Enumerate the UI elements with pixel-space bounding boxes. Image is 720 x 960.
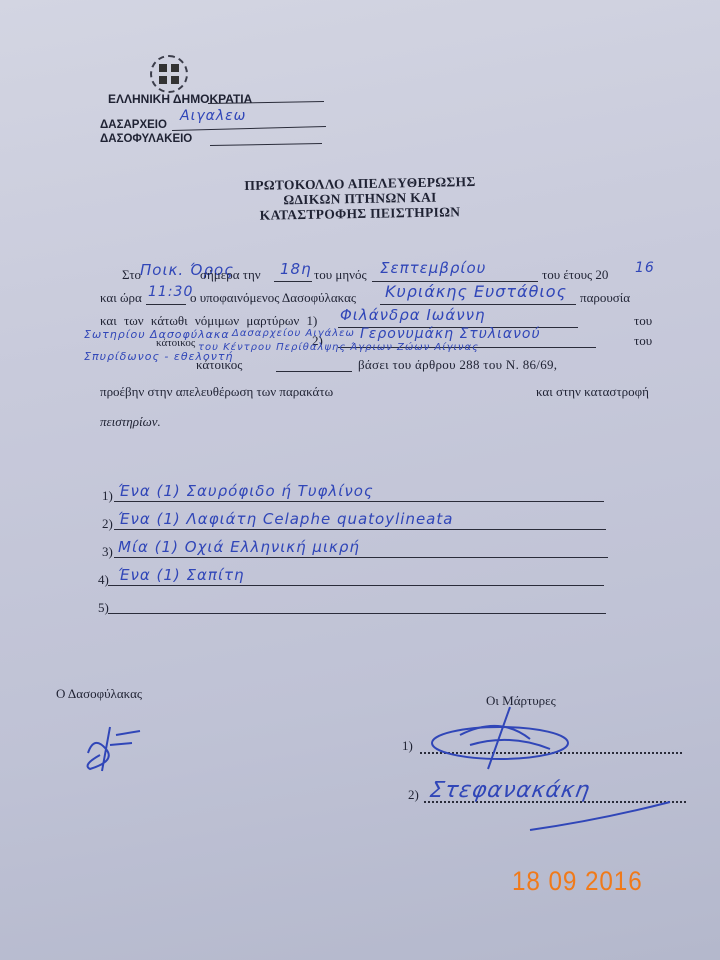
day-value[interactable]: 18η [280,260,312,278]
forest-post-label: ΔΑΣΟΦΥΛΑΚΕΙΟ [100,133,192,145]
seized-item-line[interactable] [108,613,606,614]
resident-text-1: κάτοικος [156,337,195,349]
forest-post-line[interactable] [210,143,322,146]
seized-item-number: 2) [102,516,113,532]
witness2-residence-line [276,371,352,372]
ranger-signature-label: Ο Δασοφύλακας [56,686,142,702]
witness1-name[interactable]: Φιλάνδρα Ιωάννη [340,306,486,324]
forest-office-line [172,126,326,131]
ranger-line [380,304,576,305]
year-text: του έτους 20 [542,267,608,283]
time-value[interactable]: 11:30 [148,284,193,300]
time-line [146,304,186,305]
day-line [274,281,312,282]
republic-heading: ΕΛΛΗΝΙΚΗ ΔΗΜΟΚΡΑΤΙΑ [108,92,252,106]
forest-office-value[interactable]: Αιγαλεω [180,108,246,124]
camera-date-stamp: 18 09 2016 [512,866,643,897]
seized-item-line[interactable] [108,585,604,586]
presence-text: παρουσία [580,290,630,306]
witnesses-text: και των κάτωθι νόμιμων μαρτύρων 1) [100,313,317,329]
witness2-name[interactable]: Γερονυμάκη Στυλιανού [360,326,541,342]
place-prefix: Στο [122,267,141,283]
month-value[interactable]: Σεπτεμβρίου [380,259,486,277]
seized-item-line[interactable] [114,557,608,558]
witness1-residence[interactable]: Δασαρχείου Αιγάλεω [232,328,355,339]
seized-item-line[interactable] [114,529,606,530]
resident-text-2: κάτοικος [196,357,242,373]
seized-item-line[interactable] [114,501,604,502]
greek-coat-of-arms-icon [150,55,188,93]
tou-text-1: του [634,313,652,329]
ranger-text: ο υποφαινόμενος Δασοφύλακας [190,290,356,306]
traps-text: πειστηρίων. [100,414,161,430]
forest-office-label: ΔΑΣΑΡΧΕΙΟ [100,119,167,131]
today-text: σήμερα την [200,267,261,283]
seized-item-value[interactable]: Ένα (1) Σαυρόφιδο ή Τυφλίνος [118,482,374,500]
witness2-signature-num: 2) [408,787,419,803]
time-prefix: και ώρα [100,290,142,306]
destruction-text: και στην καταστροφή [536,384,649,400]
seized-item-number: 1) [102,488,113,504]
tou-text-2: του [634,333,652,349]
witness2-signature-flourish [520,800,680,840]
witness2-residence[interactable]: του Κέντρου Περίθαλψης Άγριων Ζώων Αίγιν… [198,342,479,353]
ranger-signature [80,725,150,775]
article-text: βάσει του άρθρου 288 του Ν. 86/69, [358,357,557,373]
month-text: του μηνός [314,267,367,283]
seized-item-value[interactable]: Ένα (1) Σαπίτη [118,566,245,584]
year-value[interactable]: 16 [635,260,655,276]
ranger-value[interactable]: Κυριάκης Ευστάθιος [385,282,567,301]
seized-item-value[interactable]: Μία (1) Οχιά Ελληνική μικρή [118,538,360,556]
release-text: προέβην στην απελευθέρωση των παρακάτω [100,384,333,400]
doc-title-line3: ΚΑΤΑΣΤΡΟΦΗΣ ΠΕΙΣΤΗΡΙΩΝ [230,204,490,225]
seized-item-value[interactable]: Ένα (1) Λαφιάτη Celaphe quatoylineata [118,510,453,528]
witness1-signature [410,705,580,775]
seized-item-number: 3) [102,544,113,560]
